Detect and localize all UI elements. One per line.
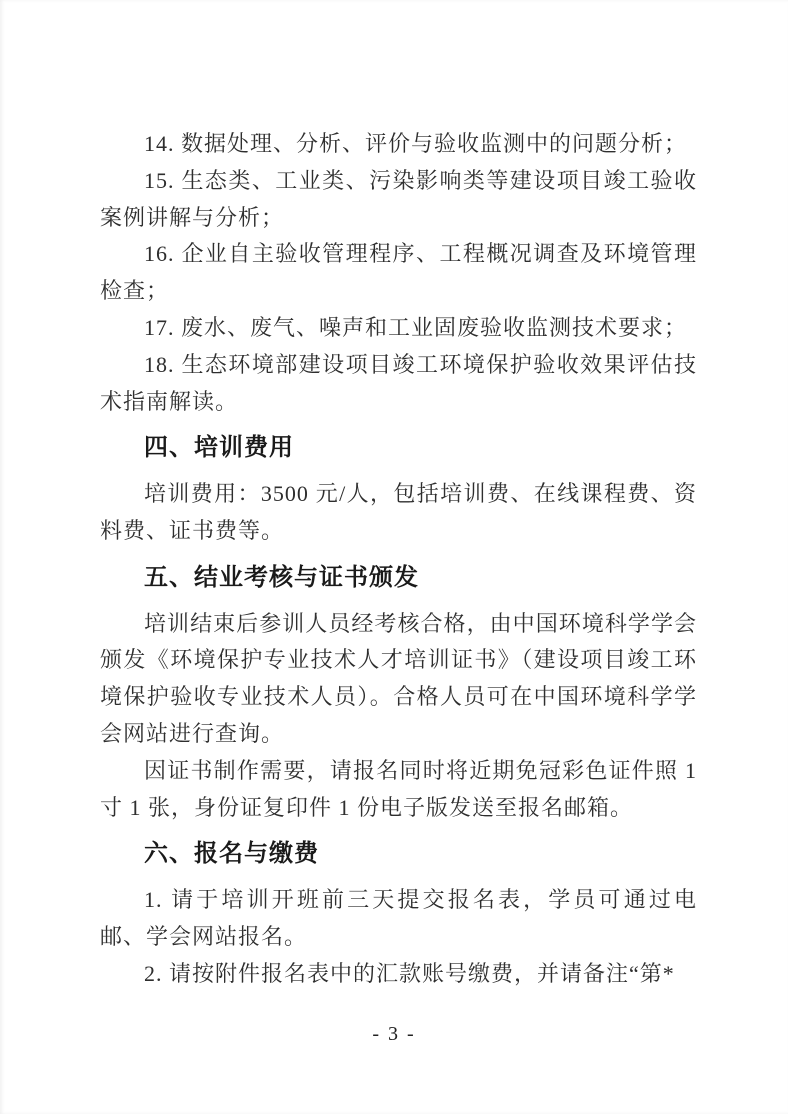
document-page: 14. 数据处理、分析、评价与验收监测中的问题分析； 15. 生态类、工业类、污… bbox=[0, 0, 788, 1114]
section-heading-training-fee: 四、培训费用 bbox=[100, 430, 697, 467]
curriculum-item-15: 15. 生态类、工业类、污染影响类等建设项目竣工验收案例讲解与分析； bbox=[100, 163, 697, 237]
curriculum-item-14: 14. 数据处理、分析、评价与验收监测中的问题分析； bbox=[100, 126, 697, 163]
section-heading-assessment-certificate: 五、结业考核与证书颁发 bbox=[100, 560, 697, 597]
registration-paragraph-1: 1. 请于培训开班前三天提交报名表，学员可通过电邮、学会网站报名。 bbox=[100, 882, 697, 956]
training-fee-paragraph: 培训费用：3500 元/人，包括培训费、在线课程费、资料费、证书费等。 bbox=[100, 476, 697, 550]
curriculum-item-16: 16. 企业自主验收管理程序、工程概况调查及环境管理检查； bbox=[100, 236, 697, 310]
curriculum-item-17: 17. 废水、废气、噪声和工业固废验收监测技术要求； bbox=[100, 310, 697, 347]
section-heading-registration-payment: 六、报名与缴费 bbox=[100, 836, 697, 873]
photo-id-requirement-paragraph: 因证书制作需要，请报名同时将近期免冠彩色证件照 1 寸 1 张，身份证复印件 1… bbox=[100, 753, 697, 827]
registration-paragraph-2: 2. 请按附件报名表中的汇款账号缴费，并请备注“第* bbox=[100, 956, 697, 993]
page-number: - 3 - bbox=[0, 1023, 788, 1046]
document-body: 14. 数据处理、分析、评价与验收监测中的问题分析； 15. 生态类、工业类、污… bbox=[100, 126, 697, 993]
curriculum-item-18: 18. 生态环境部建设项目竣工环境保护验收效果评估技术指南解读。 bbox=[100, 347, 697, 421]
certificate-issuance-paragraph: 培训结束后参训人员经考核合格，由中国环境科学学会颁发《环境保护专业技术人才培训证… bbox=[100, 606, 697, 753]
